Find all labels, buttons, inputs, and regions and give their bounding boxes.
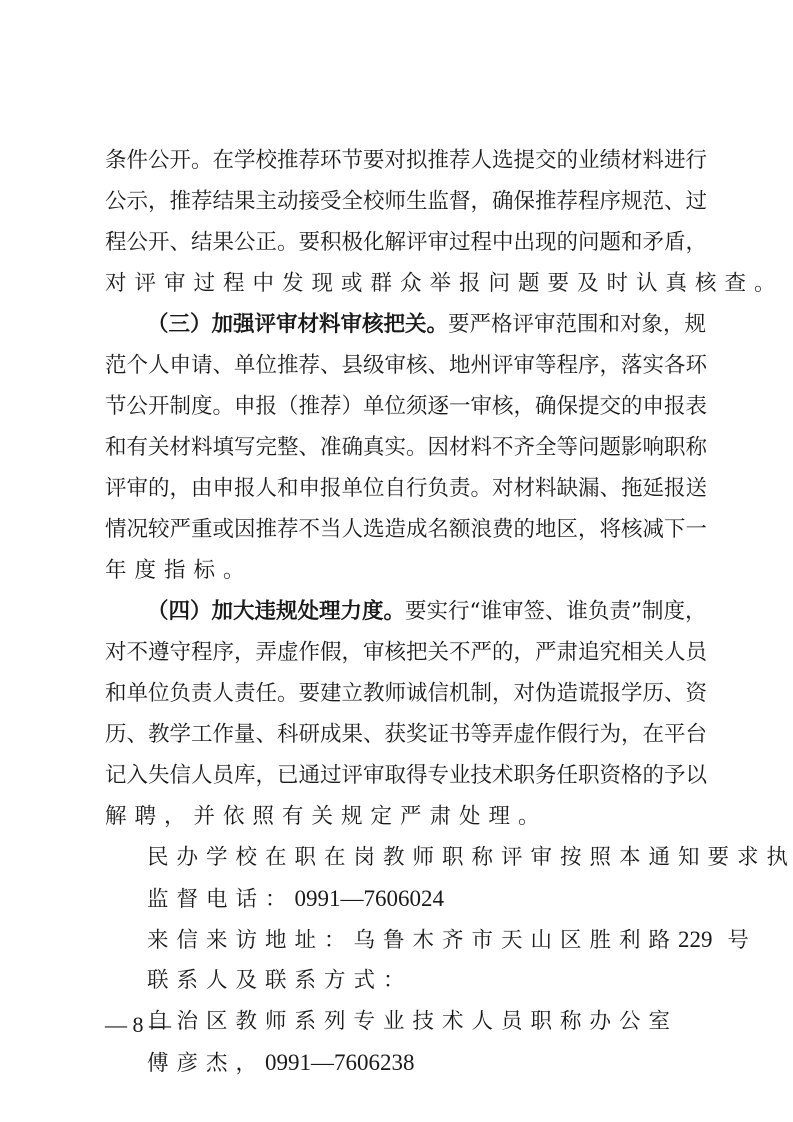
text-line: 节公开制度。申报（推荐）单位须逐一审核，确保提交的申报表 — [105, 386, 697, 427]
text-span: 要严格评审范围和对象，规 — [448, 312, 706, 337]
text-line: 条件公开。在学校推荐环节要对拟推荐人选提交的业绩材料进行 — [105, 140, 697, 181]
contact-label-line: 联系人及联系方式： — [105, 960, 697, 1001]
document-page: 条件公开。在学校推荐环节要对拟推荐人选提交的业绩材料进行 公示，推荐结果主动接受… — [105, 140, 697, 1083]
section-three-heading-line: （三）加强评审材料审核把关。要严格评审范围和对象，规 — [105, 304, 697, 345]
office-line: 自治区教师系列专业技术人员职称办公室 — [105, 1001, 697, 1042]
text-line: 对不遵守程序，弄虚作假，审核把关不严的，严肃追究相关人员 — [105, 632, 697, 673]
phone-line: 监督电话：0991—7606024 — [105, 878, 697, 919]
text-line: 对评审过程中发现或群众举报问题要及时认真核查。 — [105, 263, 697, 304]
contact-phone: 0991—7606238 — [265, 1050, 415, 1075]
phone-value: 0991—7606024 — [295, 886, 445, 911]
section-heading: （四）加大违规处理力度。 — [147, 599, 405, 624]
text-span: 要实行“谁审签、谁负责”制度， — [405, 599, 706, 624]
address-label: 来信来访地址：乌鲁木齐市天山区胜利路 — [147, 928, 678, 953]
text-line: 评审的，由申报人和申报单位自行负责。对材料缺漏、拖延报送 — [105, 468, 697, 509]
text-line: 范个人申请、单位推荐、县级审核、地州评审等程序，落实各环 — [105, 345, 697, 386]
text-line: 和有关材料填写完整、准确真实。因材料不齐全等问题影响职称 — [105, 427, 697, 468]
text-line: 程公开、结果公正。要积极化解评审过程中出现的问题和矛盾， — [105, 222, 697, 263]
section-four-heading-line: （四）加大违规处理力度。要实行“谁审签、谁负责”制度， — [105, 591, 697, 632]
note-line: 民办学校在职在岗教师职称评审按照本通知要求执行。 — [105, 837, 697, 878]
address-number: 229 — [678, 927, 713, 952]
address-line: 来信来访地址：乌鲁木齐市天山区胜利路229 号 — [105, 919, 697, 960]
text-line: 年度指标。 — [105, 550, 697, 591]
page-number: — 8 — — [105, 1012, 171, 1038]
section-heading: （三）加强评审材料审核把关。 — [147, 312, 448, 337]
address-suffix: 号 — [727, 928, 757, 953]
text-line: 公示，推荐结果主动接受全校师生监督，确保推荐程序规范、过 — [105, 181, 697, 222]
text-line: 和单位负责人责任。要建立教师诚信机制，对伪造谎报学历、资 — [105, 673, 697, 714]
contact-line: 傅彦杰，0991—7606238 — [105, 1042, 697, 1083]
contact-name: 傅彦杰， — [147, 1051, 265, 1076]
text-line: 情况较严重或因推荐不当人选造成名额浪费的地区，将核减下一 — [105, 509, 697, 550]
phone-label: 监督电话： — [147, 887, 295, 912]
text-line: 解聘，并依照有关规定严肃处理。 — [105, 796, 697, 837]
text-line: 历、教学工作量、科研成果、获奖证书等弄虚作假行为，在平台 — [105, 714, 697, 755]
text-line: 记入失信人员库，已通过评审取得专业技术职务任职资格的予以 — [105, 755, 697, 796]
